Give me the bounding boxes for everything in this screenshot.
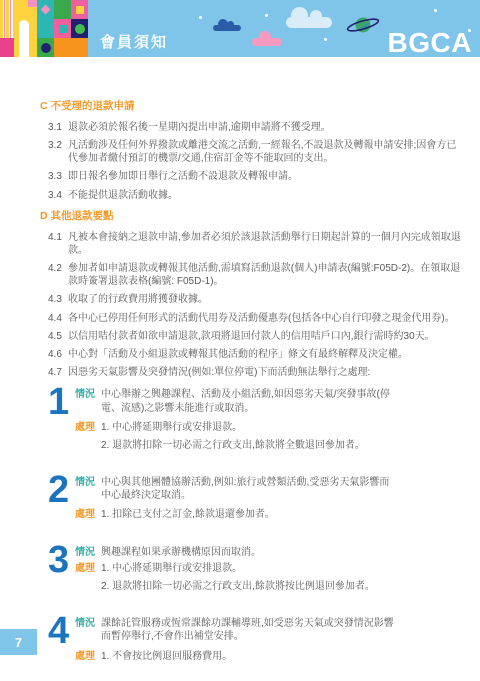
- rule-text: 各中心已停用任何形式的活動代用券及活動優惠券(包括各中心自行印發之現金代用券)。: [68, 312, 466, 325]
- mosaic-decoration: [0, 0, 90, 57]
- section-d: D 其他退款要點 4.1 凡被本會接納之退款申請,參加者必須於該退款活動舉行日期…: [40, 210, 466, 380]
- case-item: 3 情況 興趣課程如果承辦機構原因而取消。 處理 1. 中心將延期舉行或安排退款…: [48, 545, 466, 605]
- page-title: 會員須知: [100, 31, 168, 52]
- rule-number: 4.7: [48, 366, 68, 379]
- rule-text: 即日報名參加即日舉行之活動不設退款及轉報申請。: [68, 170, 466, 183]
- rule-number: 3.3: [48, 170, 68, 183]
- section-c: C 不受理的退款申請 3.1 退款必須於報名後一星期內提出申請,逾期申請將不獲受…: [40, 100, 466, 202]
- rule-item: 4.3 收取了的行政費用將獲發收據。: [48, 293, 466, 306]
- cloud-icon: [252, 33, 282, 46]
- situation-label: 情況: [75, 388, 101, 414]
- case-item: 2 情況 中心與其他團體協辦活動,例如:旅行或營類活動,受惡劣天氣影響而中心最終…: [48, 475, 466, 533]
- rule-item: 4.1 凡被本會接納之退款申請,參加者必須於該退款活動舉行日期起計算的一個月內完…: [48, 231, 466, 257]
- handling-label: 處理: [75, 650, 101, 668]
- rule-number: 3.4: [48, 189, 68, 202]
- rule-item: 4.7 因惡劣天氣影響及突發情況(例如:單位停電)下而活動無法舉行之處理:: [48, 366, 466, 379]
- case-number: 2: [48, 475, 75, 533]
- rule-item: 3.4 不能提供退款活動收據。: [48, 189, 466, 202]
- rule-item: 4.2 參加者如申請退款或轉報其他活動,需填寫活動退款(個人)申請表(編號:F0…: [48, 262, 466, 288]
- mosaic-tile: [71, 19, 88, 38]
- handling-label: 處理: [75, 508, 101, 526]
- handling-text: 2. 退款將扣除一切必需之行政支出,餘款將全數退回參加者。: [101, 439, 466, 452]
- rule-text: 以信用咭付款者如欲申請退款,款項將退回付款人的信用咭戶口內,銀行需時約30天。: [68, 330, 466, 343]
- handling-text: 2. 退款將扣除一切必需之行政支出,餘款將按比例退回參加者。: [101, 580, 466, 593]
- handling-label: 處理: [75, 562, 101, 598]
- rule-text: 因惡劣天氣影響及突發情況(例如:單位停電)下而活動無法舉行之處理:: [68, 366, 466, 379]
- situation-label: 情況: [75, 617, 101, 643]
- rule-item: 3.1 退款必須於報名後一星期內提出申請,逾期申請將不獲受理。: [48, 121, 466, 134]
- situation-label: 情況: [75, 546, 101, 559]
- handling-label: 處理: [75, 421, 101, 457]
- situation-text: 興趣課程如果承辦機構原因而取消。: [101, 546, 261, 559]
- mosaic-tile: [37, 38, 54, 57]
- rule-text: 退款必須於報名後一星期內提出申請,逾期申請將不獲受理。: [68, 121, 466, 134]
- rule-text: 凡被本會接納之退款申請,參加者必須於該退款活動舉行日期起計算的一個月內完成領取退…: [68, 231, 466, 257]
- mosaic-tile: [54, 0, 71, 19]
- rule-text: 收取了的行政費用將獲發收據。: [68, 293, 466, 306]
- rule-number: 4.5: [48, 330, 68, 343]
- case-number: 3: [48, 545, 75, 605]
- rule-number: 4.4: [48, 312, 68, 325]
- situation-text: 中心與其他團體協辦活動,例如:旅行或營類活動,受惡劣天氣影響而中心最終決定取消。: [101, 476, 399, 502]
- case-number: 1: [48, 387, 75, 463]
- weather-cases-list: 1 情況 中心舉辦之興趣課程、活動及小組活動,如因惡劣天氣/突發事故(停電、流感…: [40, 387, 466, 673]
- handling-text: 1. 扣除已支付之訂金,餘款退還參加者。: [101, 508, 466, 521]
- star-icon: [199, 16, 202, 19]
- rule-item: 4.4 各中心已停用任何形式的活動代用券及活動優惠券(包括各中心自行印發之現金代…: [48, 312, 466, 325]
- star-icon: [265, 14, 268, 17]
- page-number: 7: [0, 629, 37, 655]
- square-shape: [76, 6, 84, 14]
- rule-text: 凡活動涉及任何外界撥款或離港交流之活動,一經報名,不設退款及轉報申請安排;因會方…: [68, 139, 466, 165]
- rule-item: 4.6 中心對「活動及小組退款或轉報其他活動的程序」條文有最終解釋及決定權。: [48, 348, 466, 361]
- header-banner: 會員須知 BGCA: [0, 0, 480, 57]
- diamond-shape: [41, 5, 51, 15]
- rule-number: 4.3: [48, 293, 68, 306]
- document-body: C 不受理的退款申請 3.1 退款必須於報名後一星期內提出申請,逾期申請將不獲受…: [0, 57, 480, 681]
- bgca-logo: BGCA: [388, 27, 472, 59]
- situation-text: 課餘託管服務或恆常課餘功課輔導班,如受惡劣天氣或突發情況影響而暫停舉行,不會作出…: [101, 617, 399, 643]
- cloud-icon: [286, 8, 332, 28]
- rule-text: 中心對「活動及小組退款或轉報其他活動的程序」條文有最終解釋及決定權。: [68, 348, 466, 361]
- handling-text: 1. 不會按比例退回服務費用。: [101, 650, 466, 663]
- case-item: 1 情況 中心舉辦之興趣課程、活動及小組活動,如因惡劣天氣/突發事故(停電、流感…: [48, 387, 466, 463]
- star-icon: [324, 38, 327, 41]
- rule-number: 4.1: [48, 231, 68, 257]
- case-item: 4 情況 課餘託管服務或恆常課餘功課輔導班,如受惡劣天氣或突發情況影響而暫停舉行…: [48, 616, 466, 674]
- rule-number: 3.1: [48, 121, 68, 134]
- mosaic-tile: [54, 38, 71, 57]
- circle-shape: [75, 24, 85, 34]
- cloud-icon: [213, 18, 241, 31]
- rule-item: 4.5 以信用咭付款者如欲申請退款,款項將退回付款人的信用咭戶口內,銀行需時約3…: [48, 330, 466, 343]
- situation-label: 情況: [75, 476, 101, 502]
- rule-text: 不能提供退款活動收據。: [68, 189, 466, 202]
- square-shape: [59, 25, 67, 33]
- document-page: 會員須知 BGCA C 不受理的退款申請 3.1 退款必須於報名後一星期內提出申…: [0, 0, 480, 681]
- mosaic-tile: [54, 19, 71, 38]
- handling-text: 1. 中心將延期舉行或安排退款。: [101, 421, 466, 434]
- magenta-block: [0, 38, 14, 57]
- pink-corner: [28, 0, 37, 7]
- rule-number: 4.6: [48, 348, 68, 361]
- arch-notch: [19, 20, 29, 57]
- circle-shape: [41, 43, 51, 53]
- section-heading: C 不受理的退款申請: [40, 100, 466, 114]
- rule-number: 4.2: [48, 262, 68, 288]
- mosaic-tile: [37, 0, 54, 19]
- rule-number: 3.2: [48, 139, 68, 165]
- handling-text: 1. 中心將延期舉行或安排退款。: [101, 562, 466, 575]
- situation-text: 中心舉辦之興趣課程、活動及小組活動,如因惡劣天氣/突發事故(停電、流感)之影響未…: [101, 388, 399, 414]
- mosaic-tile: [71, 38, 88, 57]
- case-number: 4: [48, 616, 75, 674]
- rule-item: 3.2 凡活動涉及任何外界撥款或離港交流之活動,一經報名,不設退款及轉報申請安排…: [48, 139, 466, 165]
- mosaic-tile: [71, 0, 88, 19]
- rule-text: 參加者如申請退款或轉報其他活動,需填寫活動退款(個人)申請表(編號:F05D-2…: [68, 262, 466, 288]
- star-icon: [434, 9, 437, 12]
- saturn-icon: [344, 12, 382, 38]
- mosaic-tile: [37, 19, 54, 38]
- rule-item: 3.3 即日報名參加即日舉行之活動不設退款及轉報申請。: [48, 170, 466, 183]
- section-heading: D 其他退款要點: [40, 210, 466, 224]
